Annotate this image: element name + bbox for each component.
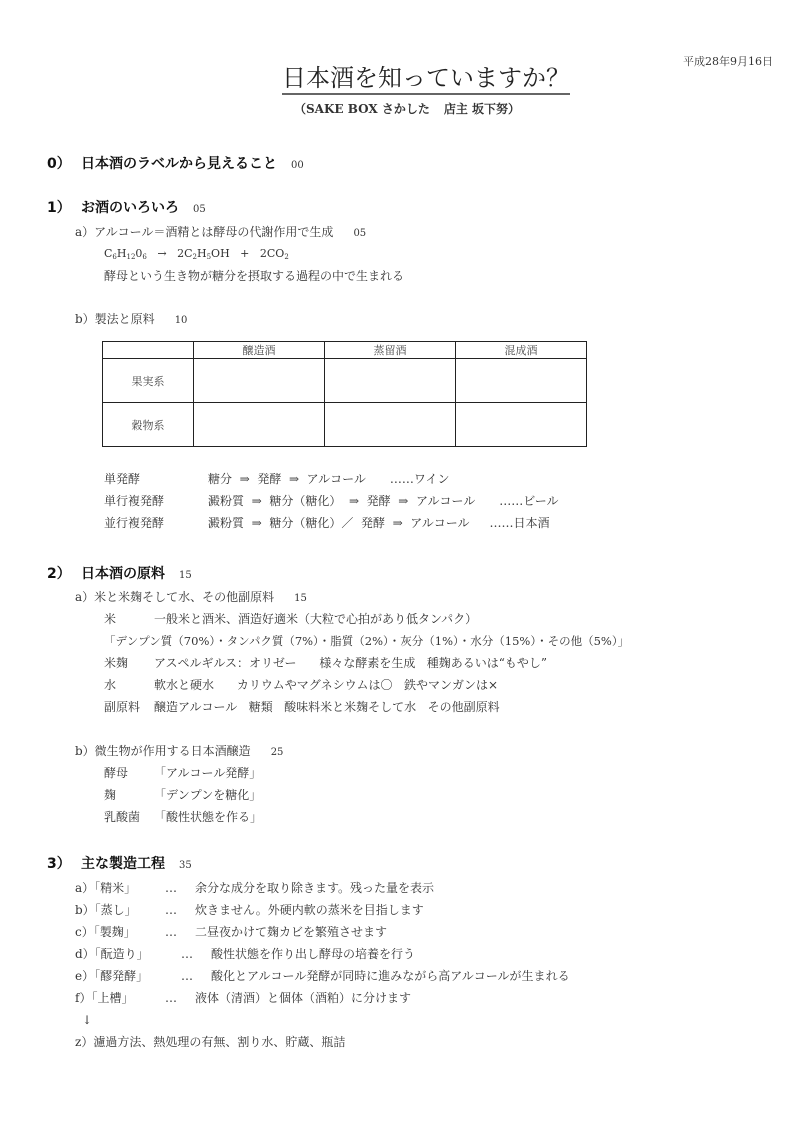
ingredient-name: 米麹 xyxy=(104,655,154,671)
table-header-row: 醸造酒 蒸留酒 混成酒 xyxy=(103,342,587,359)
fermentation-process: 糖分 ⇒ 発酵 ⇒ アルコール xyxy=(208,472,366,486)
section-2-heading: 2）日本酒の原料15 xyxy=(47,563,192,583)
fermentation-row: 単行複発酵澱粉質 ⇒ 糖分（糖化） ⇒ 発酵 ⇒ アルコール……ビール xyxy=(104,493,559,509)
subsection-label: a）アルコール＝酒精とは酵母の代謝作用で生成 xyxy=(75,225,333,239)
step-text: 二昼夜かけて麹カビを繁殖させます xyxy=(195,925,387,939)
fermentation-row: 単発酵糖分 ⇒ 発酵 ⇒ アルコール……ワイン xyxy=(104,471,450,487)
document-date: 平成28年9月16日 xyxy=(683,53,773,69)
ingredient-row: 米一般米と酒米、酒造好適米（大粒で心拍があり低タンパク） xyxy=(104,611,477,627)
fermentation-row: 並行複発酵澱粉質 ⇒ 糖分（糖化）／ 発酵 ⇒ アルコール……日本酒 xyxy=(104,515,550,531)
subsection-2b: b）微生物が作用する日本酒醸造25 xyxy=(75,743,283,761)
subsection-1b: b）製法と原料10 xyxy=(75,311,187,329)
ingredient-row: 副原料醸造アルコール 糖類 酸味料米と米麹そして水 その他副原料 xyxy=(104,699,500,715)
process-step: c）「製麹」…二昼夜かけて麹カビを繁殖させます xyxy=(75,924,387,940)
subsection-label: a）米と米麹そして水、その他副原料 xyxy=(75,590,274,604)
table-row: 穀物系 xyxy=(103,403,587,447)
fermentation-name: 並行複発酵 xyxy=(104,515,208,531)
microbe-name: 酵母 xyxy=(104,765,154,781)
subsection-code: 15 xyxy=(294,593,307,604)
section-title: 主な製造工程 xyxy=(81,856,165,872)
microbe-row: 麹「デンプンを糖化」 xyxy=(104,787,261,803)
ingredient-composition: 「デンプン質（70%）・タンパク質（7%）・脂質（2%）・灰分（1%）・水分（1… xyxy=(104,633,629,649)
process-step: f）「上槽」…液体（清酒）と個体（酒粕）に分けます xyxy=(75,990,411,1006)
section-title: お酒のいろいろ xyxy=(81,200,179,216)
table-header-cell: 蒸留酒 xyxy=(325,342,456,359)
ingredient-text: 醸造アルコール 糖類 酸味料米と米麹そして水 その他副原料 xyxy=(154,700,500,714)
page-title: 日本酒を知っていますか？ xyxy=(282,64,570,95)
step-label: c）「製麹」 xyxy=(75,924,165,940)
table-header-cell: 醸造酒 xyxy=(194,342,325,359)
table-cell xyxy=(194,403,325,447)
table-row-label: 穀物系 xyxy=(103,403,194,447)
fermentation-example: ……ビール xyxy=(499,494,558,508)
section-title: 日本酒のラベルから見えること xyxy=(81,156,277,172)
table-cell xyxy=(456,359,587,403)
process-step: d）「酛造り」…酸性状態を作り出し酵母の培養を行う xyxy=(75,946,415,962)
subtitle-shop: （SAKE BOX さかした xyxy=(294,102,430,116)
step-text: 酸性状態を作り出し酵母の培養を行う xyxy=(211,947,415,961)
ingredient-text: 一般米と酒米、酒造好適米（大粒で心拍があり低タンパク） xyxy=(154,612,477,626)
subsection-label: b）微生物が作用する日本酒醸造 xyxy=(75,744,251,758)
step-text: 酸化とアルコール発酵が同時に進みながら高アルコールが生まれる xyxy=(211,969,570,983)
section-title: 日本酒の原料 xyxy=(81,566,165,582)
table-cell xyxy=(194,359,325,403)
fermentation-name: 単発酵 xyxy=(104,471,208,487)
ingredient-text: アスペルギルス：オリゼー 様々な酵素を生成 種麹あるいは“もやし” xyxy=(154,656,547,670)
microbe-name: 麹 xyxy=(104,787,154,803)
table-row: 果実系 xyxy=(103,359,587,403)
subsection-1a: a）アルコール＝酒精とは酵母の代謝作用で生成05 xyxy=(75,224,366,242)
table-cell xyxy=(456,403,587,447)
microbe-role: 「デンプンを糖化」 xyxy=(154,788,261,802)
table-row-label: 果実系 xyxy=(103,359,194,403)
fermentation-example: ……日本酒 xyxy=(490,516,550,530)
ingredient-row: 米麹アスペルギルス：オリゼー 様々な酵素を生成 種麹あるいは“もやし” xyxy=(104,655,547,671)
section-code: 35 xyxy=(179,860,192,871)
subsection-code: 05 xyxy=(353,228,366,239)
table-cell xyxy=(325,359,456,403)
down-arrow-icon: ↓ xyxy=(82,1012,92,1028)
section-0-heading: 0）日本酒のラベルから見えること00 xyxy=(47,153,304,173)
chemical-formula: C6H1206 → 2C2H5OH + 2CO2 xyxy=(104,246,289,265)
step-label: a）「精米」 xyxy=(75,880,165,896)
ingredient-name: 水 xyxy=(104,677,154,693)
ingredient-text: 軟水と硬水 カリウムやマグネシウムは〇 鉄やマンガンは× xyxy=(154,678,498,692)
table-header-cell: 混成酒 xyxy=(456,342,587,359)
subtitle-owner: 店主 坂下努） xyxy=(444,102,520,116)
table-cell xyxy=(325,403,456,447)
section-1-heading: 1）お酒のいろいろ05 xyxy=(47,197,206,217)
section-3-heading: 3）主な製造工程35 xyxy=(47,853,192,873)
step-label: d）「酛造り」 xyxy=(75,946,181,962)
ingredient-row: 水軟水と硬水 カリウムやマグネシウムは〇 鉄やマンガンは× xyxy=(104,677,498,693)
section-number: 0） xyxy=(47,153,81,173)
yeast-note: 酵母という生き物が糖分を摂取する過程の中で生まれる xyxy=(104,268,404,284)
fermentation-process: 澱粉質 ⇒ 糖分（糖化）／ 発酵 ⇒ アルコール xyxy=(208,516,470,530)
section-number: 2） xyxy=(47,563,81,583)
subsection-label: b）製法と原料 xyxy=(75,312,155,326)
fermentation-example: ……ワイン xyxy=(390,472,450,486)
microbe-row: 乳酸菌「酸性状態を作る」 xyxy=(104,809,262,825)
fermentation-process: 澱粉質 ⇒ 糖分（糖化） ⇒ 発酵 ⇒ アルコール xyxy=(208,494,475,508)
ingredient-name: 副原料 xyxy=(104,699,154,715)
microbe-name: 乳酸菌 xyxy=(104,809,154,825)
subsection-2a: a）米と米麹そして水、その他副原料15 xyxy=(75,589,307,607)
ingredient-name: 米 xyxy=(104,611,154,627)
subsection-code: 25 xyxy=(271,747,284,758)
microbe-role: 「酸性状態を作る」 xyxy=(154,810,262,824)
section-code: 15 xyxy=(179,570,192,581)
step-text: 炊きません。外硬内軟の蒸米を目指します xyxy=(195,903,424,917)
process-step: b）「蒸し」…炊きません。外硬内軟の蒸米を目指します xyxy=(75,902,424,918)
subsection-code: 10 xyxy=(175,315,188,326)
section-number: 3） xyxy=(47,853,81,873)
process-step: a）「精米」…余分な成分を取り除きます。残った量を表示 xyxy=(75,880,434,896)
process-step: e）「醪発酵」…酸化とアルコール発酵が同時に進みながら高アルコールが生まれる xyxy=(75,968,570,984)
microbe-row: 酵母「アルコール発酵」 xyxy=(104,765,261,781)
section-number: 1） xyxy=(47,197,81,217)
table-header-cell xyxy=(103,342,194,359)
fermentation-name: 単行複発酵 xyxy=(104,493,208,509)
sake-type-table: 醸造酒 蒸留酒 混成酒 果実系 穀物系 xyxy=(102,341,587,447)
step-label: b）「蒸し」 xyxy=(75,902,165,918)
arrow-icon: → xyxy=(157,247,166,260)
page-subtitle: （SAKE BOX さかした店主 坂下努） xyxy=(294,100,520,117)
process-final-step: z）濾過方法、熱処理の有無、割り水、貯蔵、瓶詰 xyxy=(75,1034,345,1050)
microbe-role: 「アルコール発酵」 xyxy=(154,766,261,780)
step-label: f）「上槽」 xyxy=(75,990,165,1006)
section-code: 00 xyxy=(291,160,304,171)
step-text: 液体（清酒）と個体（酒粕）に分けます xyxy=(195,991,411,1005)
step-text: 余分な成分を取り除きます。残った量を表示 xyxy=(195,881,434,895)
section-code: 05 xyxy=(193,204,206,215)
step-label: e）「醪発酵」 xyxy=(75,968,181,984)
